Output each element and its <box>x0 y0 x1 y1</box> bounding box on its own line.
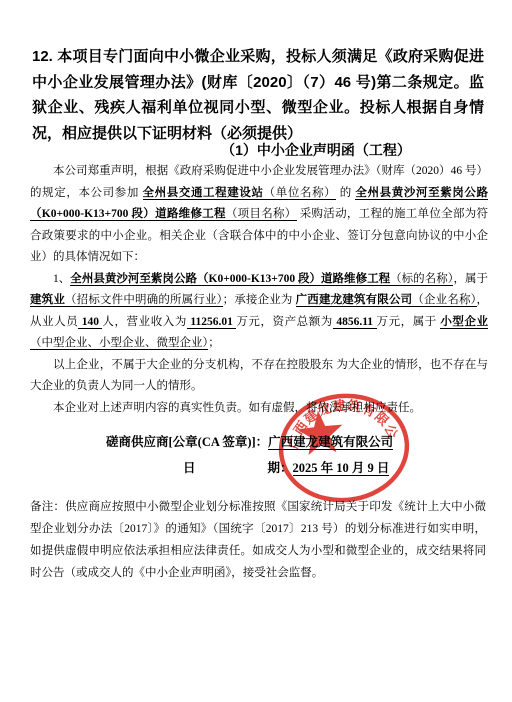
purchaser-name-hint: （单位名称） <box>264 187 337 200</box>
item-number: 1、 <box>53 273 70 285</box>
company-seal: 广西建龙建筑有限公司 <box>274 386 418 514</box>
subject-name-value: 全州县黄沙河至紫岗公路（K0+000-K13+700 段）道路维修工程 <box>70 273 390 286</box>
plain-text: 万元，资产总额为 <box>236 316 333 328</box>
industry-value: 建筑业 <box>30 294 65 307</box>
plain-text: ；承接企业为 <box>223 294 296 306</box>
connector-text: 的 <box>336 187 355 199</box>
declaration-body: 本公司郑重声明，根据《政府采购促进中小企业发展管理办法》（财库（2020）46 … <box>30 161 488 419</box>
company-name-value: 广西建龙建筑有限公司 <box>296 294 413 307</box>
enterprise-size-hint: （中型企业、小型企业、微型企业） <box>30 337 208 350</box>
project-name-hint: （项目名称） <box>226 208 297 221</box>
declaration-paragraph: 本公司郑重声明，根据《政府采购促进中小企业发展管理办法》（财库（2020）46 … <box>30 161 488 269</box>
intro-paragraph: 12. 本项目专门面向中小微企业采购，投标人须满足《政府采购促进中小企业发展管理… <box>32 44 484 146</box>
section-title: （1）中小企业声明函（工程） <box>92 140 512 160</box>
date-word-ri: 日 <box>183 461 196 475</box>
subject-name-hint: （标的名称） <box>390 273 453 286</box>
signature-label: 磋商供应商[公章(CA 签章)]： <box>106 435 268 449</box>
enterprise-size-value: 小型企业 <box>440 316 488 329</box>
revenue-value: 11256.01 <box>187 316 236 329</box>
no-large-enterprise-paragraph: 以上企业，不属于大企业的分支机构，不存在控股股东 为大企业的情形，也不存在与大企… <box>30 355 488 398</box>
industry-hint: （招标文件中明确的所属行业） <box>65 294 223 307</box>
plain-text: ，属于 <box>453 273 488 285</box>
item-1-paragraph: 1、全州县黄沙河至紫岗公路（K0+000-K13+700 段）道路维修工程（标的… <box>30 269 488 355</box>
company-name-hint: （企业名称） <box>412 294 476 307</box>
plain-text: 万元，属于 <box>377 316 441 328</box>
plain-text: ； <box>208 337 220 349</box>
assets-value: 4856.11 <box>333 316 377 329</box>
plain-text: 人，营业收入为 <box>102 316 187 328</box>
document-page: 12. 本项目专门面向中小微企业采购，投标人须满足《政府采购促进中小企业发展管理… <box>0 0 512 702</box>
responsibility-paragraph: 本企业对上述声明内容的真实性负责。如有虚假，将依法承担相应责任。 <box>30 398 488 420</box>
employee-count-value: 140 <box>78 316 102 329</box>
purchaser-name-value: 全州县交通工程建设站 <box>143 187 264 200</box>
